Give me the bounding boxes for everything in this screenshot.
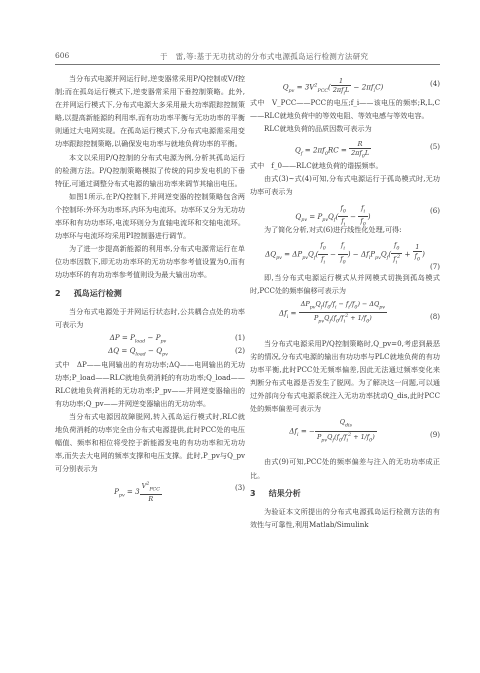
paragraph-results-intro: 为验证本文所提出的分布式电源孤岛运行检测方法的有效性与可靠性,利用Matlab/… xyxy=(250,505,440,531)
equation-number: (6) xyxy=(430,204,440,217)
equation-body: ΔQ = Qload − Qpv xyxy=(55,344,221,362)
left-column: 当分布式电源并网运行时,逆变器常采用P/Q控制或V/f控制;而在孤岛运行模式下,… xyxy=(55,72,245,500)
equation-3: Ppv = 3V2PCCR (3) xyxy=(55,476,245,500)
header-rule xyxy=(55,64,440,65)
equation-2: ΔQ = Qload − Qpv (2) xyxy=(55,344,245,358)
equation-1: ΔP = Pload − Ppv (1) xyxy=(55,331,245,345)
equation-number: (7) xyxy=(430,260,440,273)
paragraph-pq-intro: 本文以采用P/Q控制的分布式电源为例,分析其孤岛运行的检测方法。P/Q控制策略模… xyxy=(55,151,245,190)
equation-number: (2) xyxy=(235,344,245,357)
section-title: 结果分析 xyxy=(269,489,301,498)
paragraph-frequency-offset: 即,当分布式电源运行模式从并网模式切换到孤岛模式时,PCC处的频率偏移可表示为 xyxy=(250,271,440,297)
section-number: 3 xyxy=(250,487,266,500)
page-number: 606 xyxy=(55,51,69,60)
section-heading-2: 2 孤岛运行检测 xyxy=(55,287,245,300)
equation-6: Qpv = PpvQf(f0fi − fif0) (6) xyxy=(250,199,440,223)
section-title: 孤岛运行检测 xyxy=(74,289,122,298)
equation-body: Qpv = 3V2PCC(12πfiL − 2πfiC) xyxy=(250,77,416,98)
equation-7: ΔQpv = ΔPpvQf(f0fi − fif0) − ΔfiPpvQf(f0… xyxy=(250,236,440,260)
equation-definitions: 式中 V_PCC——PCC的电压;f_i——该电压的频率;R,L,C——RLC就… xyxy=(250,96,440,122)
equation-8: Δfi = ΔPpvQf(f0/fi − fi/f0) − ΔQpvPpvQf(… xyxy=(250,297,440,337)
equation-5: Qf = 2πf0RC = R2πf0L (5) xyxy=(250,135,440,159)
equation-9: Δfi = −QdisPpvQf(f0/fi2 + 1/f0) (9) xyxy=(250,415,440,455)
paragraph-figure1: 如图1所示,在P/Q控制下,并网逆变器的控制策略包含两个控制环:外环为功率环,内… xyxy=(55,190,245,242)
paragraph-island-mode: 当分布式电源因故障脱网,转入孤岛运行模式时,RLC就地负荷消耗的功率完全由分布式… xyxy=(55,410,245,475)
paragraph-conclusion: 由式(9)可知,PCC处的频率偏差与注入的无功功率成正比。 xyxy=(250,455,440,481)
section-number: 2 xyxy=(55,287,71,300)
equation-body: Δfi = −QdisPpvQf(f0/fi2 + 1/f0) xyxy=(250,418,416,445)
equation-definitions: 式中 ΔP——电网输出的有功功率;ΔQ——电网输出的无功功率;P_load——R… xyxy=(55,358,245,410)
running-title: 于 雷,等:基于无功扰动的分布式电源孤岛运行检测方法研究 xyxy=(160,51,368,62)
equation-4: Qpv = 3V2PCC(12πfiL − 2πfiC) (4) xyxy=(250,72,440,96)
equation-number: (8) xyxy=(430,310,440,323)
equation-body: Δfi = ΔPpvQf(f0/fi − fi/f0) − ΔQpvPpvQf(… xyxy=(250,300,416,327)
equation-number: (1) xyxy=(235,331,245,344)
page-header: 606 于 雷,等:基于无功扰动的分布式电源孤岛运行检测方法研究 xyxy=(55,51,440,65)
right-column: Qpv = 3V2PCC(12πfiL − 2πfiC) (4) 式中 V_PC… xyxy=(250,72,440,531)
equation-number: (3) xyxy=(235,481,245,494)
equation-7-number-line: (7) xyxy=(250,260,440,271)
equation-body: Ppv = 3V2PCCR xyxy=(55,481,221,503)
equation-number: (5) xyxy=(430,140,440,153)
paragraph-control-modes: 当分布式电源并网运行时,逆变器常采用P/Q控制或V/f控制;而在孤岛运行模式下,… xyxy=(55,72,245,151)
paragraph-pcc-power: 当分布式电源处于并网运行状态时,公共耦合点处的功率可表示为 xyxy=(55,305,245,331)
paragraph-reactive-power: 由式(3)~式(4)可知,分布式电源运行于孤岛模式时,无功功率可表示为 xyxy=(250,172,440,198)
equation-body: Qf = 2πf0RC = R2πf0L xyxy=(250,140,416,161)
paragraph-pq-disturbance: 当分布式电源采用P/Q控制策略时,Q_pv=0,考虑到最恶劣的情况,分布式电源的… xyxy=(250,337,440,416)
equation-body: Qpv = PpvQf(f0fi − fif0) xyxy=(250,204,416,230)
equation-number: (4) xyxy=(430,77,440,90)
section-heading-3: 3 结果分析 xyxy=(250,487,440,500)
paragraph-unity-pf: 为了进一步提高新能源的利用率,分布式电源常运行在单位功率因数下,即无功功率环的无… xyxy=(55,242,245,281)
equation-number: (9) xyxy=(430,428,440,441)
paragraph-quality-factor: RLC就地负荷的品质因数可表示为 xyxy=(250,122,440,135)
